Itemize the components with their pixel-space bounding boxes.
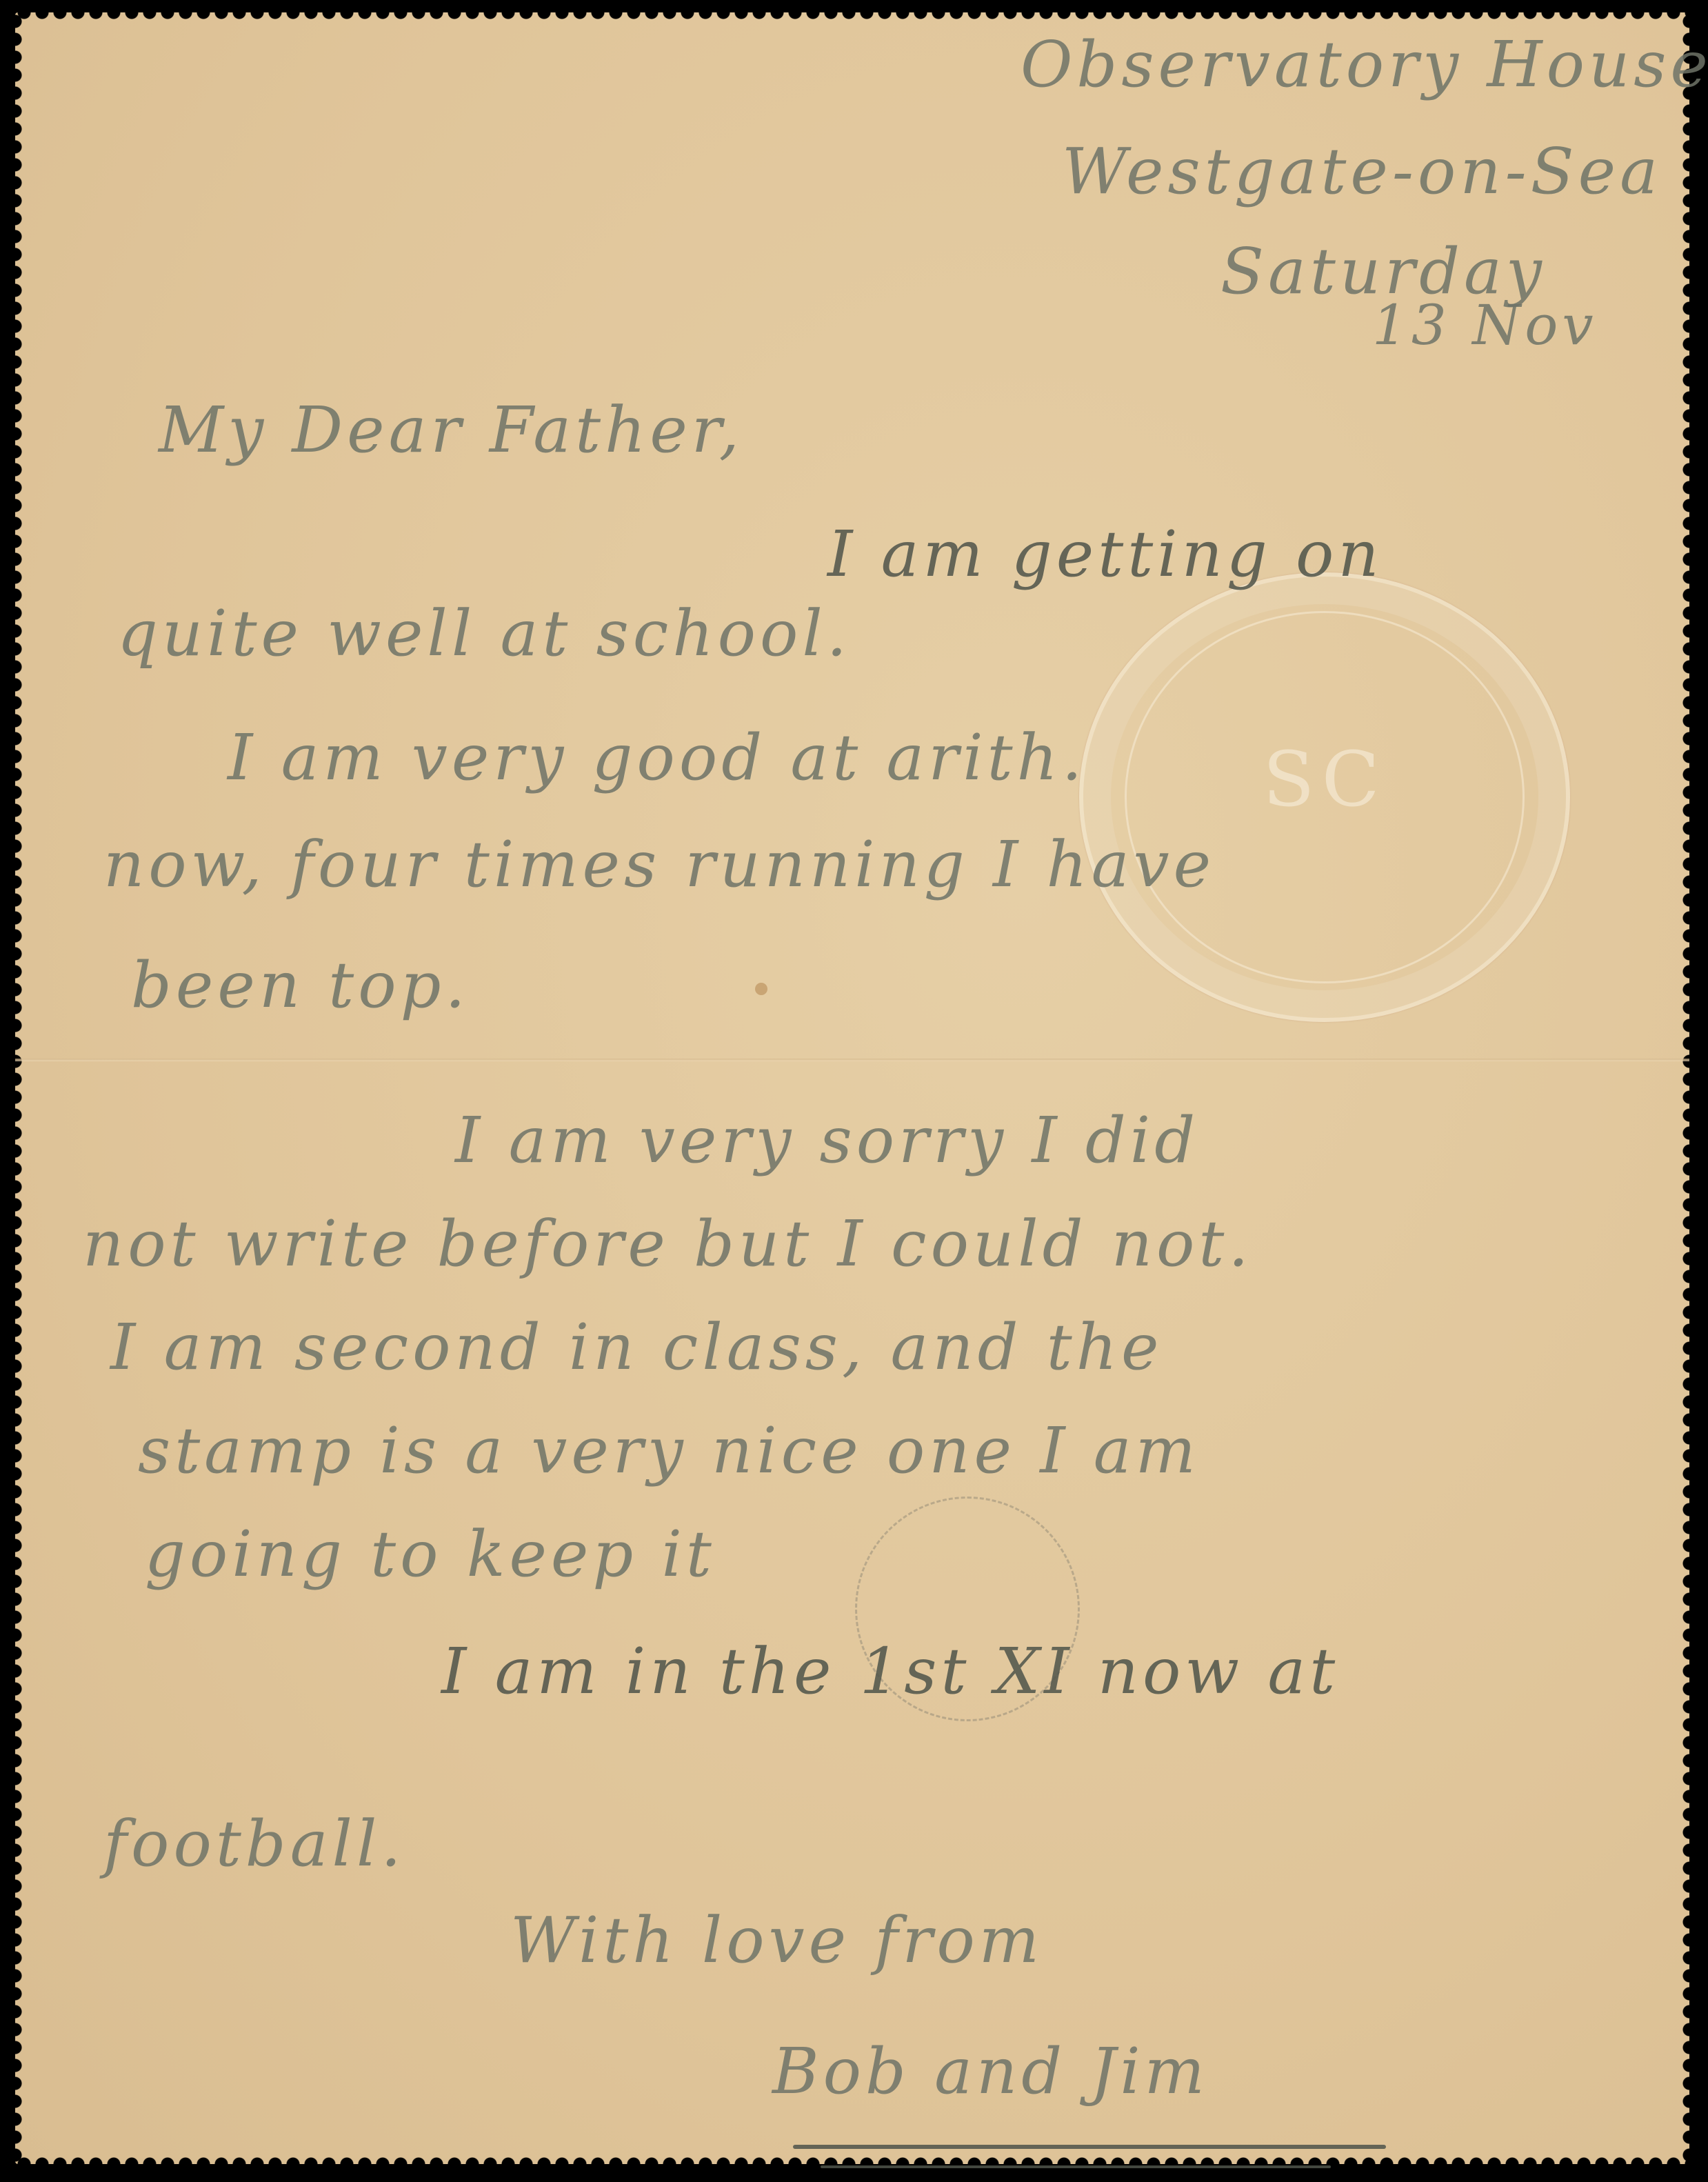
perforation-top xyxy=(15,12,1689,22)
body-line-6: I am very sorry I did xyxy=(455,1103,1199,1177)
body-line-7: not write before but I could not. xyxy=(83,1207,1253,1281)
body-line-8: I am second in class, and the xyxy=(110,1310,1163,1384)
signature: Bob and Jim xyxy=(772,2034,1209,2108)
body-line-11: I am in the 1st XI now at xyxy=(441,1634,1339,1708)
perforation-bottom xyxy=(15,2154,1689,2164)
perforation-right xyxy=(1680,12,1689,2164)
salutation: My Dear Father, xyxy=(159,393,743,467)
signature-underline-2 xyxy=(821,2165,1331,2168)
body-line-9: stamp is a very nice one I am xyxy=(138,1414,1200,1488)
embossed-seal: SC xyxy=(1079,572,1570,1022)
stain-spot xyxy=(755,983,767,995)
fold-line xyxy=(15,1059,1689,1061)
body-line-4: now, four times running I have xyxy=(103,828,1215,901)
address-line-2: Westgate-on-Sea xyxy=(1062,134,1662,208)
body-line-2: quite well at school. xyxy=(117,597,851,670)
closing: With love from xyxy=(510,1903,1043,1977)
body-line-10: going to keep it xyxy=(145,1517,716,1591)
address-line-1: Observatory House xyxy=(1021,28,1708,101)
body-line-12: football. xyxy=(103,1807,405,1881)
signature-underline-1 xyxy=(793,2145,1386,2149)
body-line-5: been top. xyxy=(131,948,470,1022)
body-line-3: I am very good at arith. xyxy=(228,721,1086,794)
body-line-1: I am getting on xyxy=(827,517,1383,591)
perforation-left xyxy=(15,12,25,2164)
letter-date: 13 Nov xyxy=(1372,293,1598,357)
embossed-seal-text: SC xyxy=(1083,735,1566,823)
